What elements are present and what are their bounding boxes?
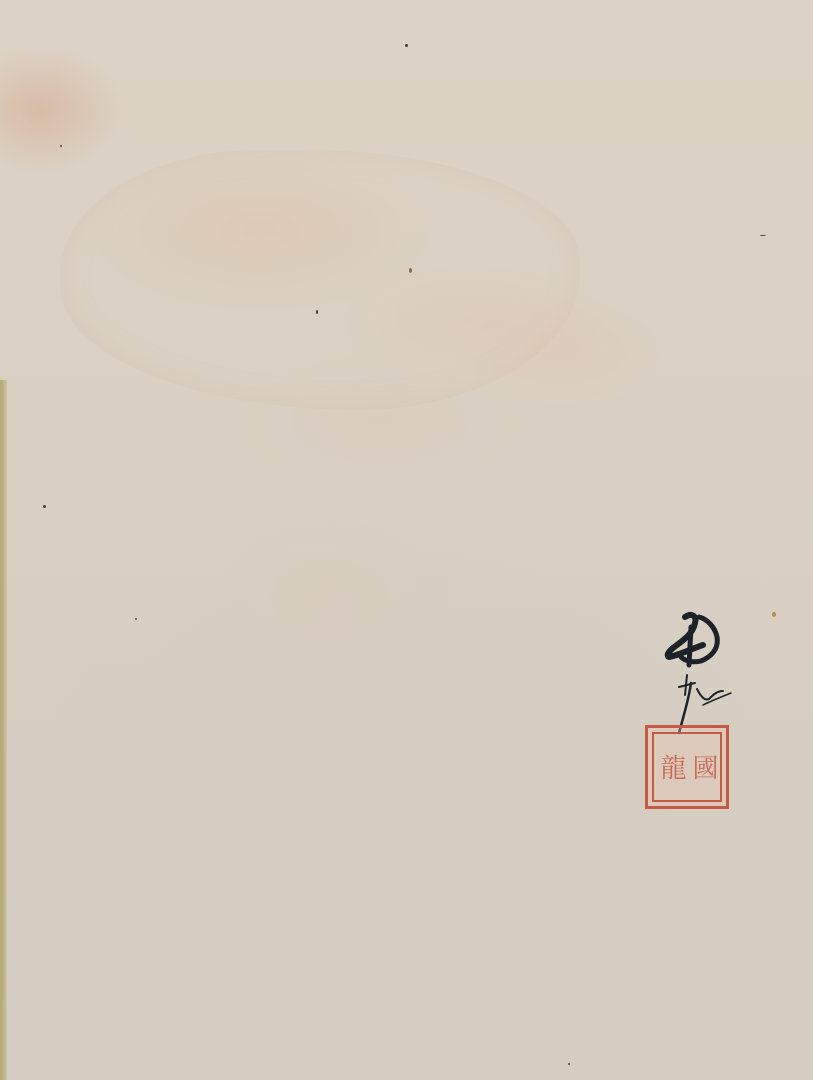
paper-speck — [772, 612, 776, 617]
paper-speck — [405, 44, 408, 47]
paper-speck — [568, 1063, 570, 1065]
seal-character: 國 — [688, 754, 718, 780]
seal-character: 龍 — [656, 754, 686, 780]
paper-speck — [316, 310, 318, 314]
silk-mount-strip — [0, 380, 7, 1080]
paper-speck — [43, 505, 46, 508]
paper-speck — [409, 268, 412, 273]
paper-speck — [60, 145, 62, 147]
seal-inner-border: 龍 國 — [652, 732, 722, 802]
paper-speck — [135, 618, 137, 620]
paper-speck — [760, 235, 766, 236]
red-seal: 龍 國 — [645, 725, 729, 809]
ink-signature — [655, 605, 735, 745]
